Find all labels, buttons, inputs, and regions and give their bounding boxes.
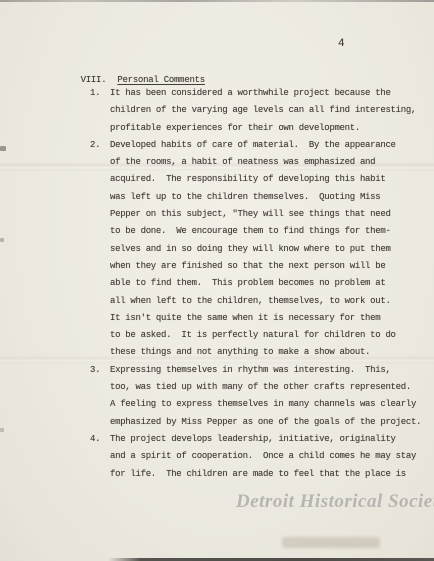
page-number: 4: [338, 38, 344, 50]
text-line: Pepper on this subject, "They will see t…: [110, 206, 421, 223]
scan-top-edge: [0, 0, 434, 2]
list-item-1: 1. It has been considered a worthwhile p…: [90, 85, 421, 137]
text-line: profitable experiences for their own dev…: [110, 120, 421, 137]
text-line: these things and not anything to make a …: [110, 344, 421, 361]
scan-artifact: [0, 238, 4, 242]
item-number: 3.: [90, 362, 100, 379]
watermark: Detroit Historical Society: [236, 491, 434, 513]
text-line: The project develops leadership, initiat…: [110, 431, 421, 448]
text-line: selves and in so doing they will know wh…: [110, 241, 421, 258]
list-item-4: 4. The project develops leadership, init…: [90, 431, 421, 483]
section-title: Personal Comments: [117, 75, 205, 85]
list-item-2: 2. Developed habits of care of material.…: [90, 137, 421, 362]
scan-artifact: [0, 146, 6, 151]
text-line: Expressing themselves in rhythm was inte…: [110, 362, 421, 379]
text-line: children of the varying age levels can a…: [110, 102, 421, 119]
text-line: to be asked. It is perfectly natural for…: [110, 327, 421, 344]
section-numeral: VIII.: [81, 75, 107, 85]
text-line: to be done. We encourage them to find th…: [110, 223, 421, 240]
text-line: when they are finished so that the next …: [110, 258, 421, 275]
item-number: 2.: [90, 137, 100, 154]
text-line: and a spirit of cooperation. Once a chil…: [110, 448, 421, 465]
text-line: all when left to the children, themselve…: [110, 293, 421, 310]
text-line: too, was tied up with many of the other …: [110, 379, 421, 396]
text-line: Developed habits of care of material. By…: [110, 137, 421, 154]
scanned-document-page: 4 VIII.Personal Comments 1. It has been …: [0, 0, 434, 561]
text-line: A feeling to express themselves in many …: [110, 396, 421, 413]
item-number: 4.: [90, 431, 100, 448]
document-body: 1. It has been considered a worthwhile p…: [90, 85, 421, 483]
text-line: It isn't quite the same when it is neces…: [110, 310, 421, 327]
item-number: 1.: [90, 85, 100, 102]
faint-illegible-stamp: [282, 537, 380, 548]
text-line: for life. The children are made to feel …: [110, 466, 421, 483]
text-line: emphasized by Miss Pepper as one of the …: [110, 414, 421, 431]
scan-artifact: [0, 428, 4, 432]
text-line: acquired. The responsibility of developi…: [110, 171, 421, 188]
list-item-3: 3. Expressing themselves in rhythm was i…: [90, 362, 421, 431]
text-line: was left up to the children themselves. …: [110, 189, 421, 206]
text-line: It has been considered a worthwhile proj…: [110, 85, 421, 102]
text-line: able to find them. This problem becomes …: [110, 275, 421, 292]
text-line: of the rooms, a habit of neatness was em…: [110, 154, 421, 171]
